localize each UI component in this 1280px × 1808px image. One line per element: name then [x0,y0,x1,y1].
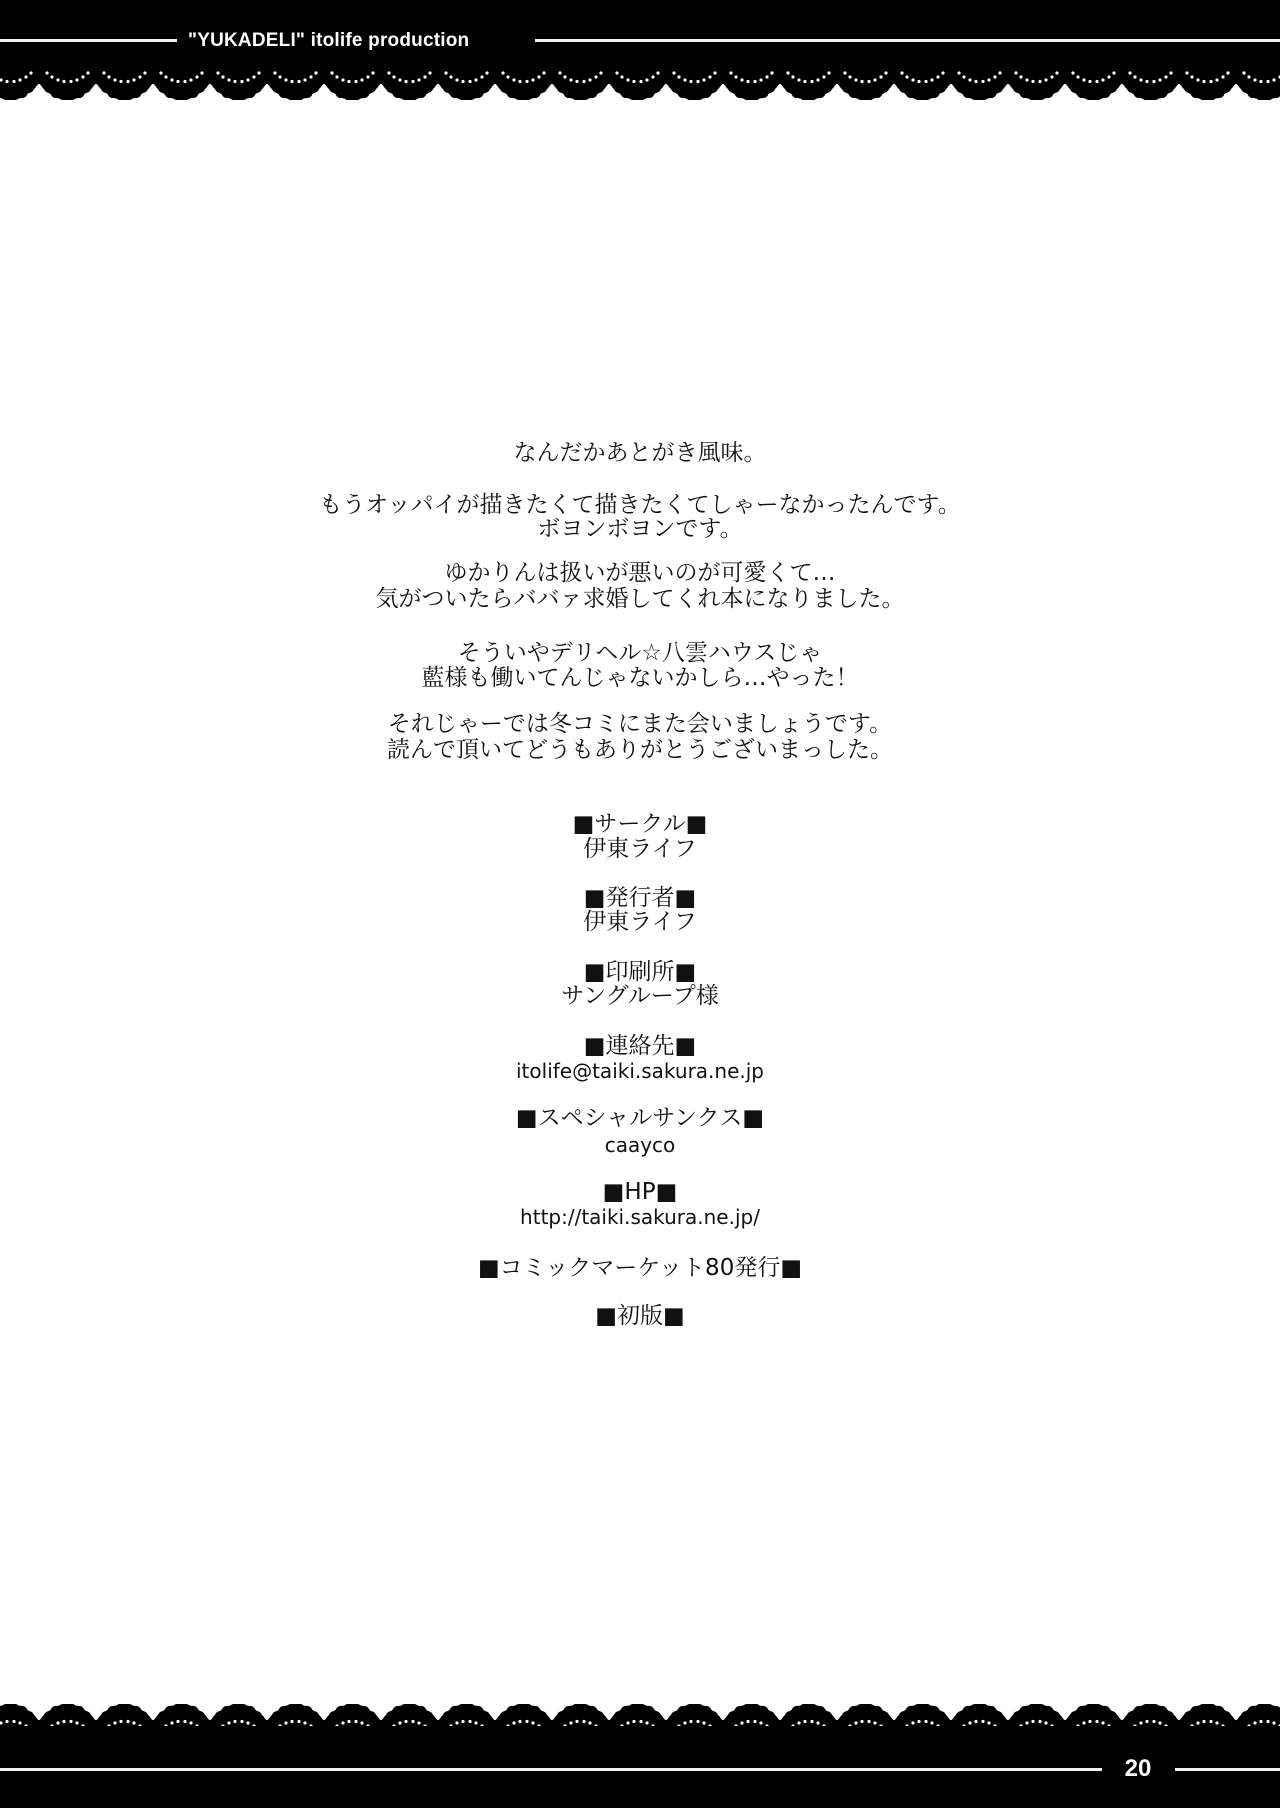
header-title: "YUKADELI" itolife production [188,29,524,53]
colophon-special-thanks-label: ■スペシャルサンクス■ [0,1105,1280,1131]
afterword-line: 藍様も働いてんじゃないかしら…やった！ [0,665,1280,691]
afterword-line: もうオッパイが描きたくて描きたくてしゃーなかったんです。 [0,492,1280,518]
colophon-homepage-label: ■HP■ [0,1179,1280,1205]
colophon-printer-value: サングループ様 [0,983,1280,1009]
page-number: 20 [1110,1756,1166,1782]
header-lace-border [0,70,1280,100]
colophon-special-thanks-value: caayco [0,1132,1280,1158]
afterword-line: 読んで頂いてどうもありがとうございまっした。 [0,737,1280,763]
colophon-event: ■コミックマーケット80発行■ [0,1255,1280,1281]
footer-band [0,1726,1280,1808]
afterword-line: ゆかりんは扱いが悪いのが可愛くて… [0,560,1280,586]
colophon-publisher-label: ■発行者■ [0,885,1280,911]
afterword-line: なんだかあとがき風味。 [0,440,1280,466]
colophon-printer-label: ■印刷所■ [0,959,1280,985]
colophon-publisher-value: 伊東ライフ [0,909,1280,935]
colophon-homepage-url[interactable]: http://taiki.sakura.ne.jp/ [0,1204,1280,1230]
afterword-line: 気がついたらババァ求婚してくれ本になりました。 [0,586,1280,612]
afterword-line: ボヨンボヨンです。 [0,516,1280,542]
footer-rule-left [0,1768,1102,1771]
afterword-line: そういやデリヘル☆八雲ハウスじゃ [0,640,1280,666]
colophon-contact-email[interactable]: itolife@taiki.sakura.ne.jp [0,1058,1280,1084]
colophon-edition: ■初版■ [0,1303,1280,1329]
header-rule-right [535,39,1280,42]
colophon-circle-label: ■サークル■ [0,811,1280,837]
afterword-line: それじゃーでは冬コミにまた会いましょうです。 [0,711,1280,737]
header-rule-left [0,39,177,42]
footer-rule-right [1175,1768,1280,1771]
colophon-circle-value: 伊東ライフ [0,836,1280,862]
colophon-contact-label: ■連絡先■ [0,1033,1280,1059]
